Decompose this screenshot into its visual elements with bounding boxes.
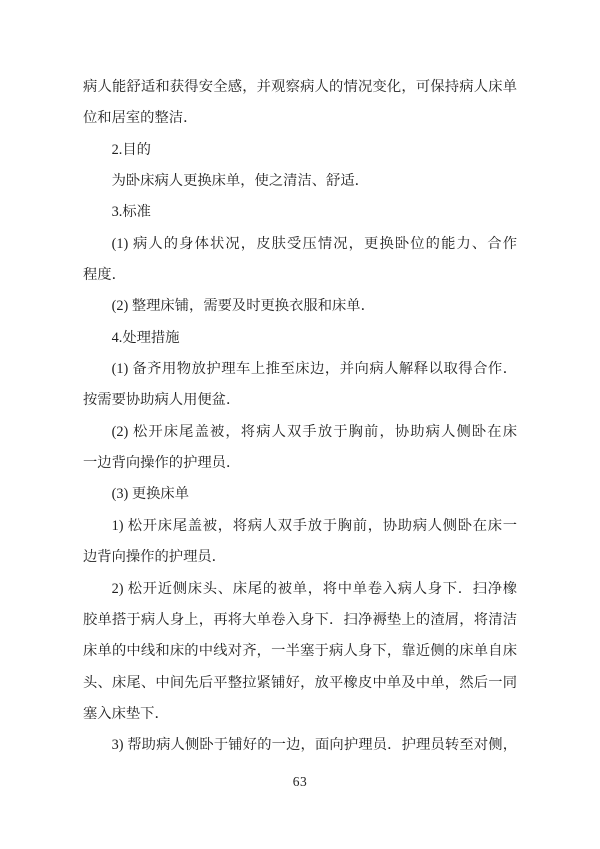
text-line: (1) 病人的身体状况，皮肤受压情况，更换卧位的能力、合作 bbox=[83, 229, 517, 260]
text-line: 1) 松开床尾盖被，将病人双手放于胸前，协助病人侧卧在床一 bbox=[83, 511, 517, 542]
text-line: (1) 备齐用物放护理车上推至床边，并向病人解释以取得合作． bbox=[83, 354, 517, 385]
text-line: 2.目的 bbox=[83, 135, 517, 166]
text-line: (3) 更换床单 bbox=[83, 479, 517, 510]
text-line: 塞入床垫下． bbox=[83, 699, 517, 730]
text-line: 为卧床病人更换床单，使之清洁、舒适． bbox=[83, 166, 517, 197]
text-line: 3) 帮助病人侧卧于铺好的一边，面向护理员．护理员转至对侧， bbox=[83, 730, 517, 761]
text-line: 按需要协助病人用便盆． bbox=[83, 385, 517, 416]
text-line: 一边背向操作的护理员． bbox=[83, 448, 517, 479]
text-line: 床单的中线和床的中线对齐，一半塞于病人身下，靠近侧的床单自床 bbox=[83, 636, 517, 667]
text-line: 4.处理措施 bbox=[83, 323, 517, 354]
text-line: 病人能舒适和获得安全感，并观察病人的情况变化，可保持病人床单 bbox=[83, 72, 517, 103]
document-text: 病人能舒适和获得安全感，并观察病人的情况变化，可保持病人床单位和居室的整洁．2.… bbox=[83, 72, 517, 762]
text-line: 头、床尾、中间先后平整拉紧铺好，放平橡皮中单及中单，然后一同 bbox=[83, 668, 517, 699]
text-line: 2) 松开近侧床头、床尾的被单，将中单卷入病人身下．扫净橡 bbox=[83, 574, 517, 605]
text-line: 程度． bbox=[83, 260, 517, 291]
text-line: (2) 整理床铺，需要及时更换衣服和床单． bbox=[83, 291, 517, 322]
text-line: 3.标准 bbox=[83, 197, 517, 228]
text-line: 边背向操作的护理员． bbox=[83, 542, 517, 573]
document-page: 病人能舒适和获得安全感，并观察病人的情况变化，可保持病人床单位和居室的整洁．2.… bbox=[0, 0, 600, 849]
text-line: 位和居室的整洁． bbox=[83, 103, 517, 134]
page-number: 63 bbox=[0, 774, 600, 790]
text-line: (2) 松开床尾盖被，将病人双手放于胸前，协助病人侧卧在床 bbox=[83, 417, 517, 448]
text-line: 胶单搭于病人身上，再将大单卷入身下．扫净褥垫上的渣屑，将清洁 bbox=[83, 605, 517, 636]
